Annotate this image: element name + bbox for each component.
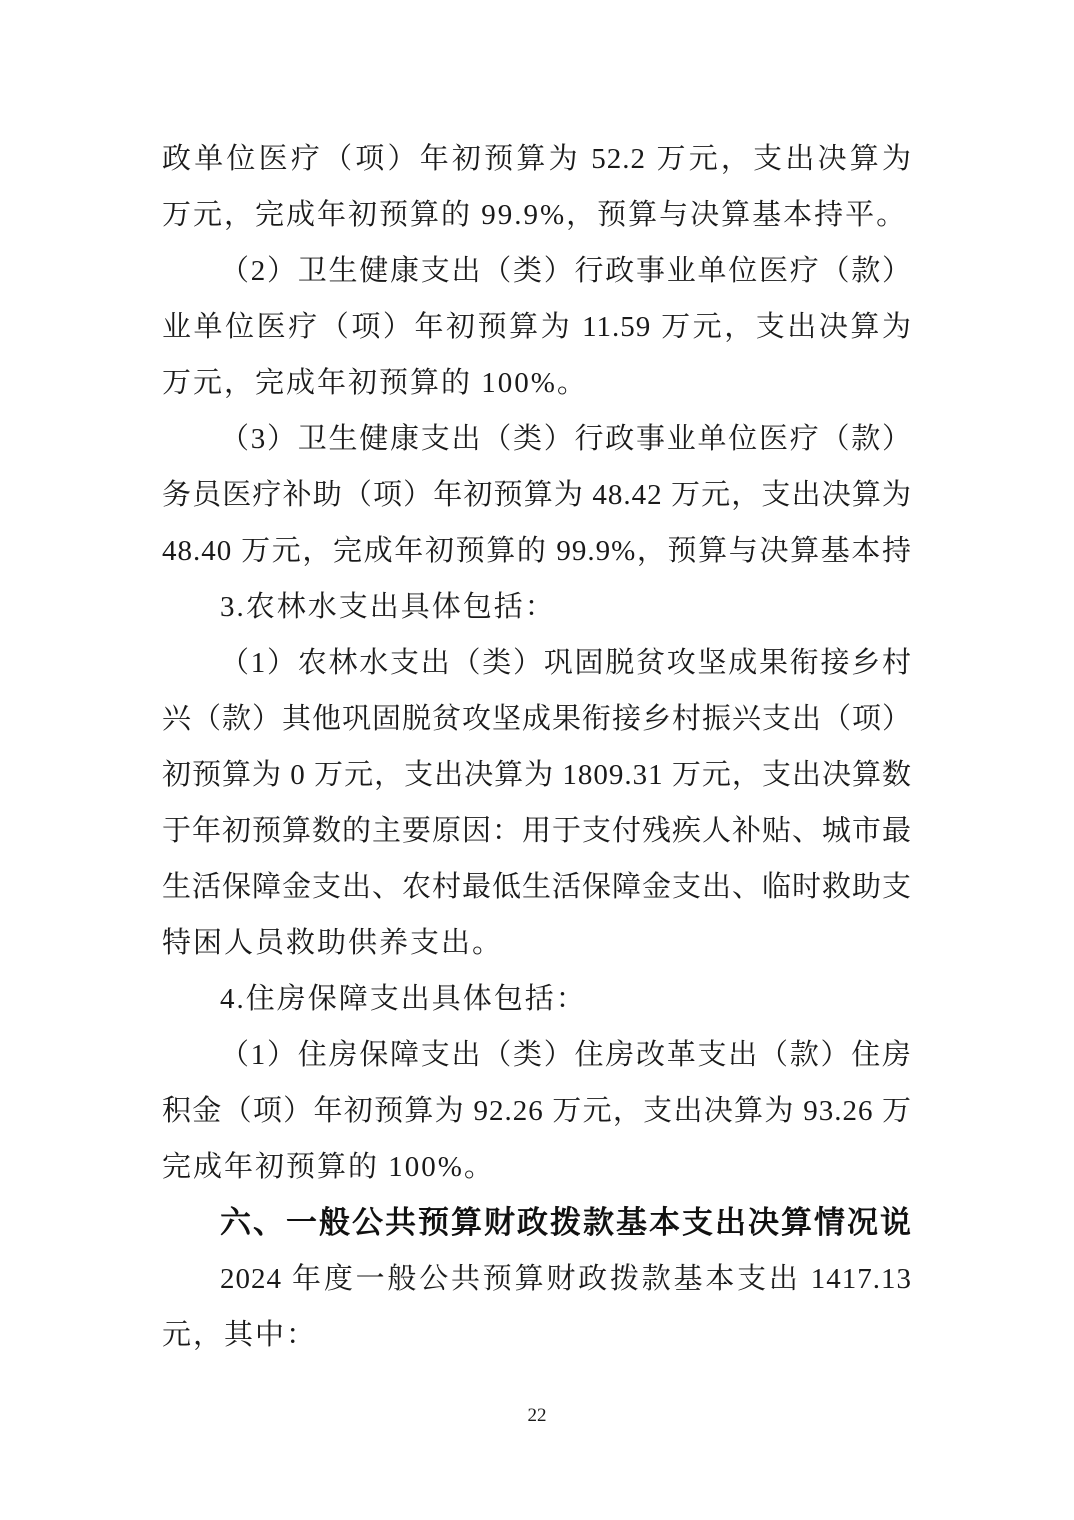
text-line: （2）卫生健康支出（类）行政事业单位医疗（款）事 [162,243,912,299]
document-page: 政单位医疗（项）年初预算为 52.2 万元，支出决算为 52.22万元，完成年初… [0,0,1074,1520]
text-line: 4.住房保障支出具体包括： [162,971,912,1027]
text-line: 生活保障金支出、农村最低生活保障金支出、临时救助支出、 [162,859,912,915]
text-line: 业单位医疗（项）年初预算为 11.59 万元，支出决算为 11.59 [162,299,912,355]
text-line: 元，其中： [162,1307,912,1363]
text-line: 于年初预算数的主要原因：用于支付残疾人补贴、城市最低 [162,803,912,859]
text-line: 六、一般公共预算财政拨款基本支出决算情况说明 [162,1195,912,1251]
text-line: 3.农林水支出具体包括： [162,579,912,635]
text-line: 兴（款）其他巩固脱贫攻坚成果衔接乡村振兴支出（项）年 [162,691,912,747]
text-line: 2024 年度一般公共预算财政拨款基本支出 1417.13 万 [162,1251,912,1307]
text-line: 积金（项）年初预算为 92.26 万元，支出决算为 93.26 万元， [162,1083,912,1139]
text-line: （1）住房保障支出（类）住房改革支出（款）住房公 [162,1027,912,1083]
text-line: 政单位医疗（项）年初预算为 52.2 万元，支出决算为 52.22 [162,131,912,187]
text-line: 特困人员救助供养支出。 [162,915,912,971]
text-line: 48.40 万元，完成年初预算的 99.9%，预算与决算基本持平。 [162,523,912,579]
text-line: 务员医疗补助（项）年初预算为 48.42 万元，支出决算为 [162,467,912,523]
page-number: 22 [0,1400,1074,1432]
text-line: 完成年初预算的 100%。 [162,1139,912,1195]
text-line: （3）卫生健康支出（类）行政事业单位医疗（款）公 [162,411,912,467]
text-line: 万元，完成年初预算的 100%。 [162,355,912,411]
text-line: 初预算为 0 万元，支出决算为 1809.31 万元，支出决算数大 [162,747,912,803]
document-body: 政单位医疗（项）年初预算为 52.2 万元，支出决算为 52.22万元，完成年初… [162,131,912,1363]
text-line: （1）农林水支出（类）巩固脱贫攻坚成果衔接乡村振 [162,635,912,691]
text-line: 万元，完成年初预算的 99.9%，预算与决算基本持平。 [162,187,912,243]
